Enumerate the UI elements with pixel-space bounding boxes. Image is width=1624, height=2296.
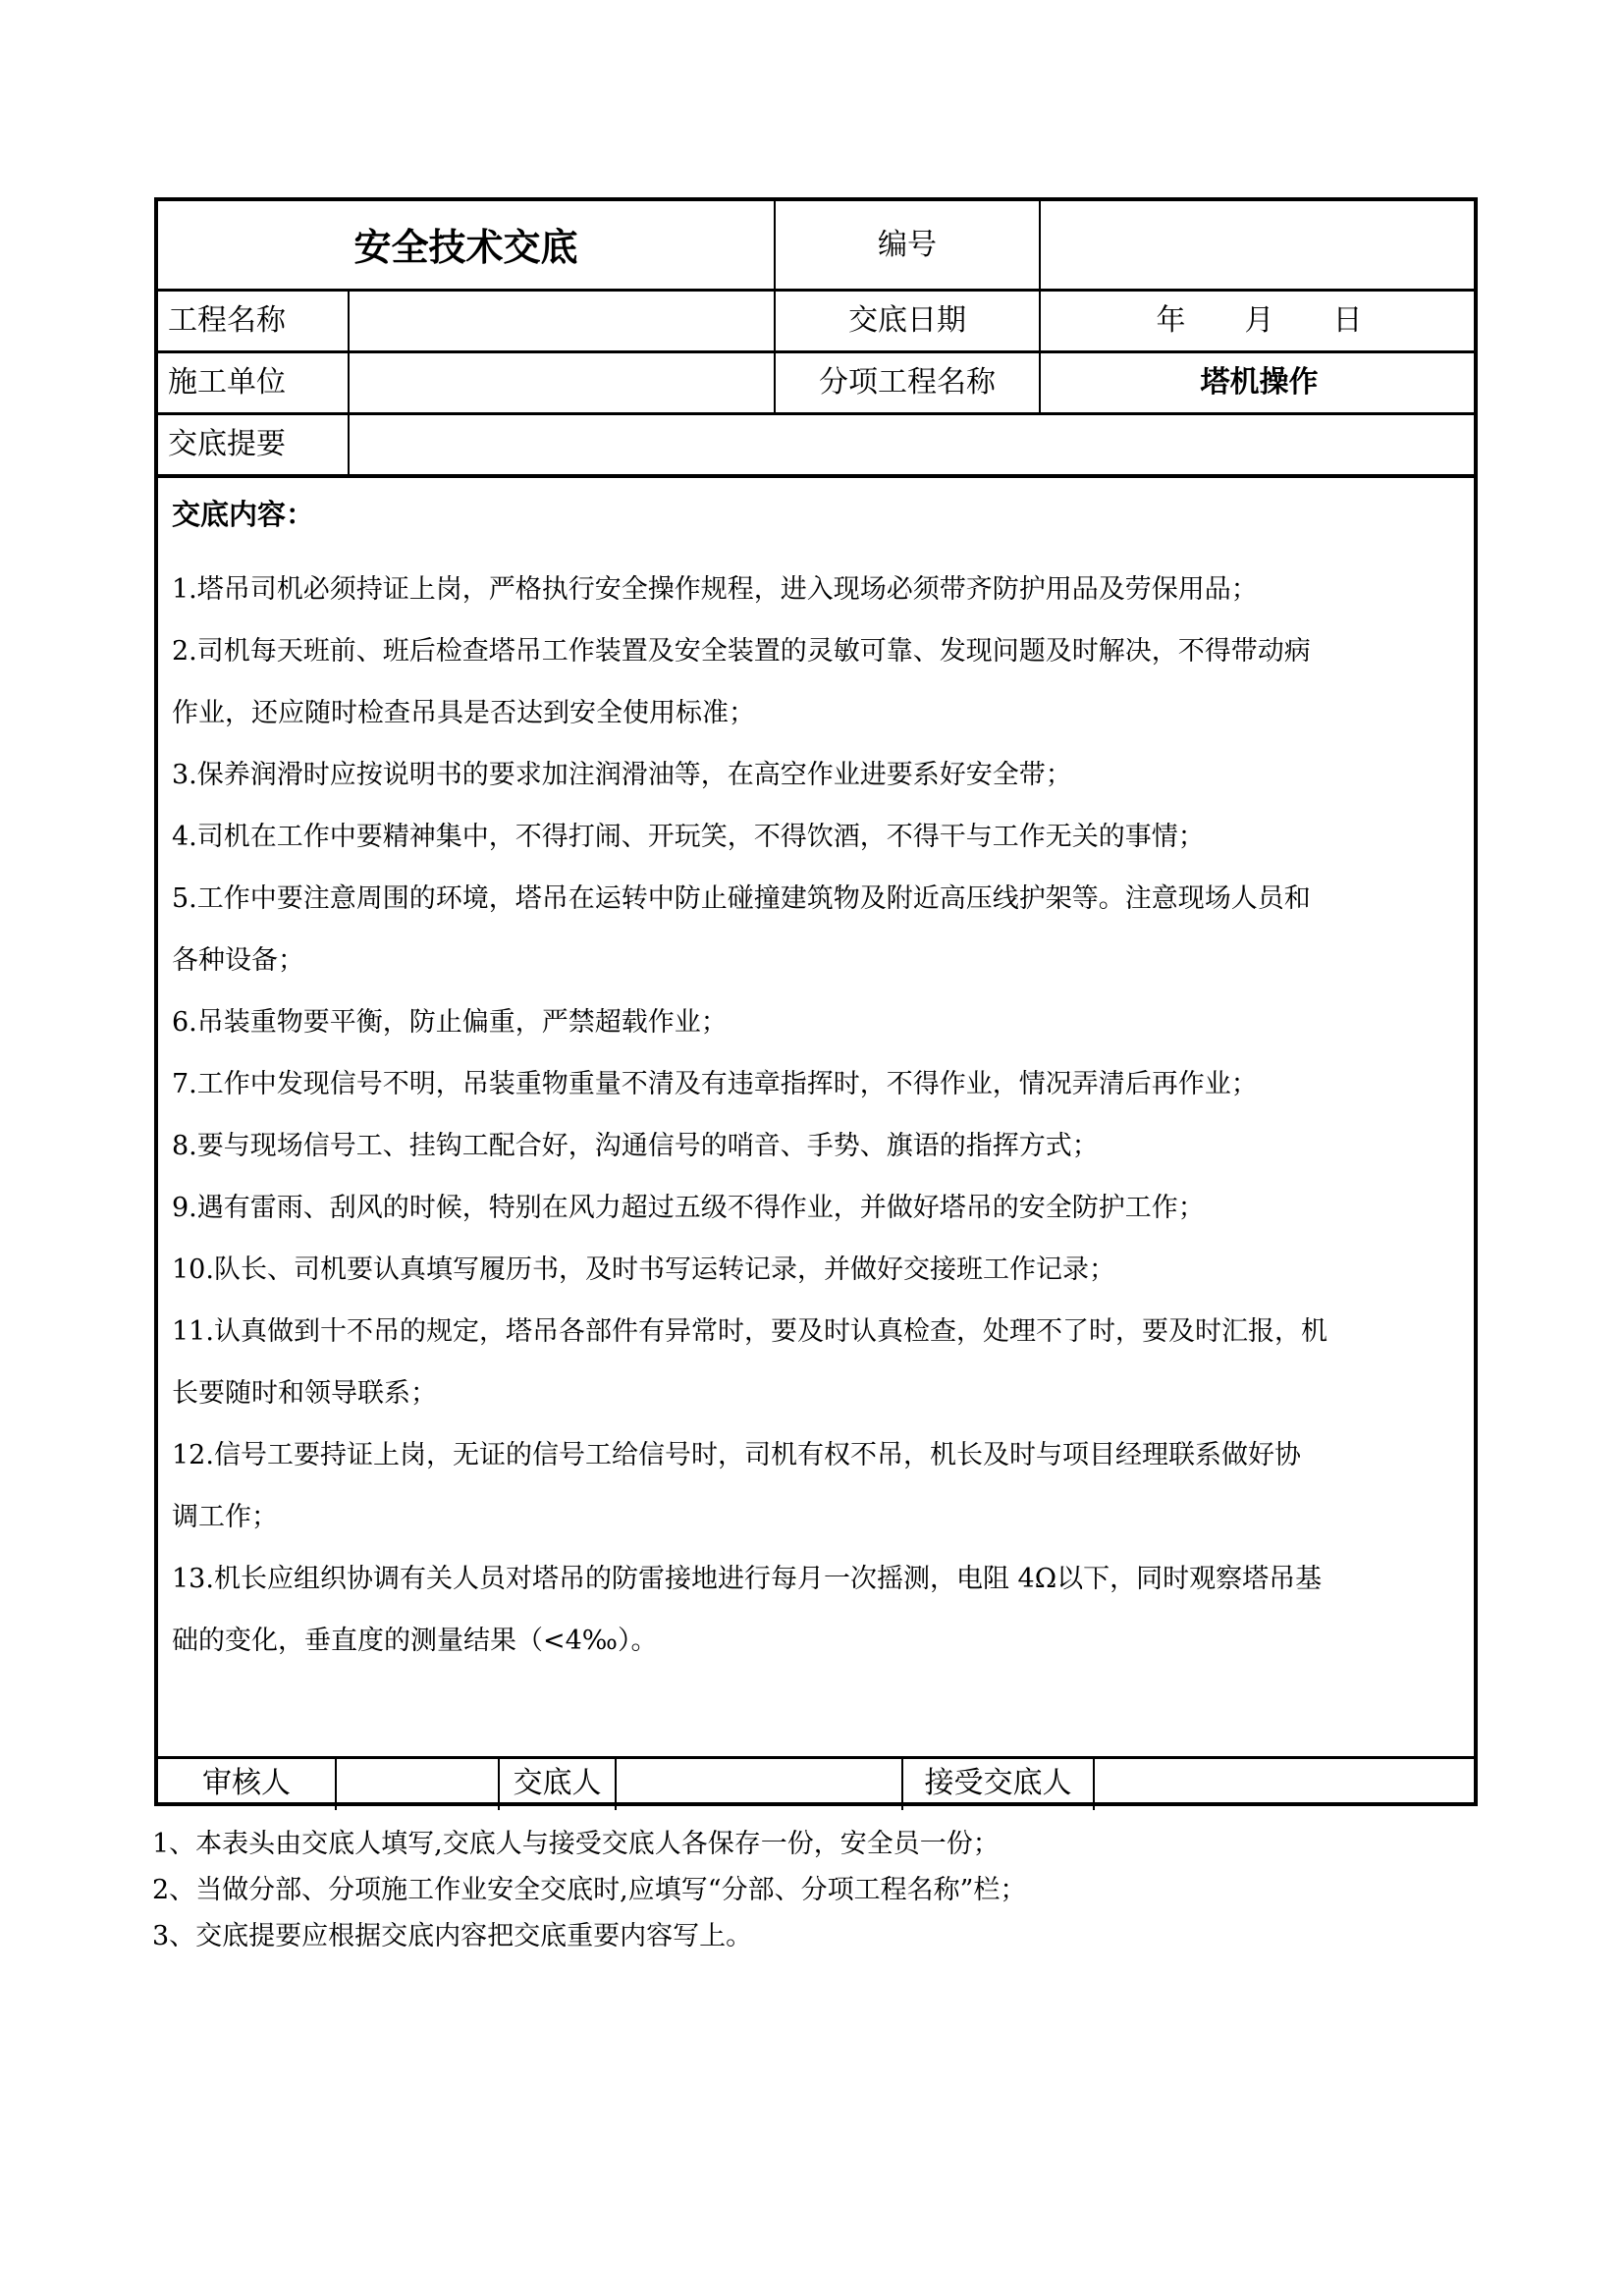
form-notes: 1、本表头由交底人填写,交底人与接受交底人各保存一份，安全员一份； 2、当做分部… <box>152 1821 1429 1959</box>
content-heading: 交底内容： <box>172 501 1460 529</box>
col-divider-label <box>348 289 350 477</box>
item-text: 工作中发现信号不明，吊装重物重量不清及有违章指挥时，不得作业，情况弄清后再作业； <box>197 1069 1258 1099</box>
number-label: 编号 <box>776 231 1039 260</box>
note-2: 2、当做分部、分项施工作业安全交底时,应填写“分部、分项工程名称”栏； <box>152 1867 1429 1913</box>
item-number: 7. <box>172 1069 197 1099</box>
summary-label: 交底提要 <box>168 430 286 459</box>
item-text: 机长应组织协调有关人员对塔吊的防雷接地进行每月一次摇测，电阻 4Ω以下，同时观察… <box>214 1564 1322 1594</box>
content-item-1: 1.塔吊司机必须持证上岗，严格执行安全操作规程，进入现场必须带齐防护用品及劳保用… <box>172 559 1460 620</box>
content-item-7: 7.工作中发现信号不明，吊装重物重量不清及有违章指挥时，不得作业，情况弄清后再作… <box>172 1053 1460 1115</box>
row-divider-1 <box>158 289 1474 292</box>
content-item-11: 11.认真做到十不吊的规定，塔吊各部件有异常时，要及时认真检查，处理不了时，要及… <box>172 1301 1460 1424</box>
item-number: 2. <box>172 636 197 667</box>
date-label: 交底日期 <box>776 306 1039 336</box>
item-number: 5. <box>172 883 197 914</box>
content-item-5: 5.工作中要注意周围的环境，塔吊在运转中防止碰撞建筑物及附近高压线护架等。注意现… <box>172 868 1460 991</box>
item-number: 3. <box>172 760 197 790</box>
contractor-label: 施工单位 <box>168 368 286 398</box>
sig-divider-3 <box>615 1756 617 1810</box>
row-divider-4 <box>158 474 1474 478</box>
sig-divider-1 <box>335 1756 337 1810</box>
item-text-cont: 各种设备； <box>209 930 1460 991</box>
content-item-8: 8.要与现场信号工、挂钩工配合好，沟通信号的哨音、手势、旗语的指挥方式； <box>172 1115 1460 1177</box>
item-text: 要与现场信号工、挂钩工配合好，沟通信号的哨音、手势、旗语的指挥方式； <box>197 1131 1099 1161</box>
form-title: 安全技术交底 <box>158 229 774 266</box>
disclosure-content: 交底内容： 1.塔吊司机必须持证上岗，严格执行安全操作规程，进入现场必须带齐防护… <box>172 501 1460 1672</box>
subproject-field[interactable]: 塔机操作 <box>1041 368 1478 398</box>
content-item-12: 12.信号工要持证上岗，无证的信号工给信号时，司机有权不吊，机长及时与项目经理联… <box>172 1424 1460 1548</box>
content-item-9: 9.遇有雷雨、刮风的时候，特别在风力超过五级不得作业，并做好塔吊的安全防护工作； <box>172 1177 1460 1239</box>
content-item-6: 6.吊装重物要平衡，防止偏重，严禁超载作业； <box>172 991 1460 1053</box>
document-page: 安全技术交底 编号 工程名称 交底日期 年 月 日 施工单位 分项工程名称 塔机… <box>0 0 1624 2296</box>
row-divider-3 <box>158 412 1474 415</box>
subproject-label: 分项工程名称 <box>776 368 1039 398</box>
item-text: 司机在工作中要精神集中，不得打闹、开玩笑，不得饮酒，不得干与工作无关的事情； <box>197 822 1205 852</box>
item-text: 队长、司机要认真填写履历书，及时书写运转记录，并做好交接班工作记录； <box>214 1255 1115 1285</box>
content-item-10: 10.队长、司机要认真填写履历书，及时书写运转记录，并做好交接班工作记录； <box>172 1239 1460 1301</box>
item-text: 司机每天班前、班后检查塔吊工作装置及安全装置的灵敏可靠、发现问题及时解决，不得带… <box>197 636 1311 667</box>
content-item-13: 13.机长应组织协调有关人员对塔吊的防雷接地进行每月一次摇测，电阻 4Ω以下，同… <box>172 1548 1460 1672</box>
date-field[interactable]: 年 月 日 <box>1041 306 1478 336</box>
item-text-cont: 础的变化，垂直度的测量结果（<4‰）。 <box>209 1610 1460 1672</box>
item-text: 塔吊司机必须持证上岗，严格执行安全操作规程，进入现场必须带齐防护用品及劳保用品； <box>197 574 1258 605</box>
reviewer-label: 审核人 <box>158 1769 335 1798</box>
receiver-label: 接受交底人 <box>903 1769 1093 1798</box>
item-number: 11. <box>172 1316 214 1347</box>
note-1: 1、本表头由交底人填写,交底人与接受交底人各保存一份，安全员一份； <box>152 1821 1429 1867</box>
item-text: 信号工要持证上岗，无证的信号工给信号时，司机有权不吊，机长及时与项目经理联系做好… <box>214 1440 1301 1470</box>
content-item-2: 2.司机每天班前、班后检查塔吊工作装置及安全装置的灵敏可靠、发现问题及时解决，不… <box>172 620 1460 744</box>
discloser-label: 交底人 <box>500 1769 615 1798</box>
item-number: 1. <box>172 574 197 605</box>
sig-divider-5 <box>1093 1756 1095 1810</box>
item-text-cont: 长要随时和领导联系； <box>209 1362 1460 1424</box>
content-item-3: 3.保养润滑时应按说明书的要求加注润滑油等，在高空作业进要系好安全带； <box>172 744 1460 806</box>
item-text: 认真做到十不吊的规定，塔吊各部件有异常时，要及时认真检查，处理不了时，要及时汇报… <box>214 1316 1327 1347</box>
item-text-cont: 调工作； <box>209 1486 1460 1548</box>
item-number: 4. <box>172 822 197 852</box>
signature-row-divider <box>158 1756 1474 1759</box>
item-text-cont: 作业，还应随时检查吊具是否达到安全使用标准； <box>209 682 1460 744</box>
item-number: 12. <box>172 1440 214 1470</box>
note-3: 3、交底提要应根据交底内容把交底重要内容写上。 <box>152 1913 1429 1959</box>
item-number: 13. <box>172 1564 214 1594</box>
content-item-4: 4.司机在工作中要精神集中，不得打闹、开玩笑，不得饮酒，不得干与工作无关的事情； <box>172 806 1460 868</box>
item-number: 10. <box>172 1255 214 1285</box>
item-text: 吊装重物要平衡，防止偏重，严禁超载作业； <box>197 1007 728 1038</box>
safety-disclosure-form: 安全技术交底 编号 工程名称 交底日期 年 月 日 施工单位 分项工程名称 塔机… <box>154 197 1478 1806</box>
item-text: 遇有雷雨、刮风的时候，特别在风力超过五级不得作业，并做好塔吊的安全防护工作； <box>197 1193 1205 1223</box>
row-divider-2 <box>158 350 1474 353</box>
project-name-label: 工程名称 <box>168 306 286 336</box>
item-text: 保养润滑时应按说明书的要求加注润滑油等，在高空作业进要系好安全带； <box>197 760 1072 790</box>
item-number: 9. <box>172 1193 197 1223</box>
item-number: 8. <box>172 1131 197 1161</box>
item-number: 6. <box>172 1007 197 1038</box>
item-text: 工作中要注意周围的环境，塔吊在运转中防止碰撞建筑物及附近高压线护架等。注意现场人… <box>197 883 1311 914</box>
